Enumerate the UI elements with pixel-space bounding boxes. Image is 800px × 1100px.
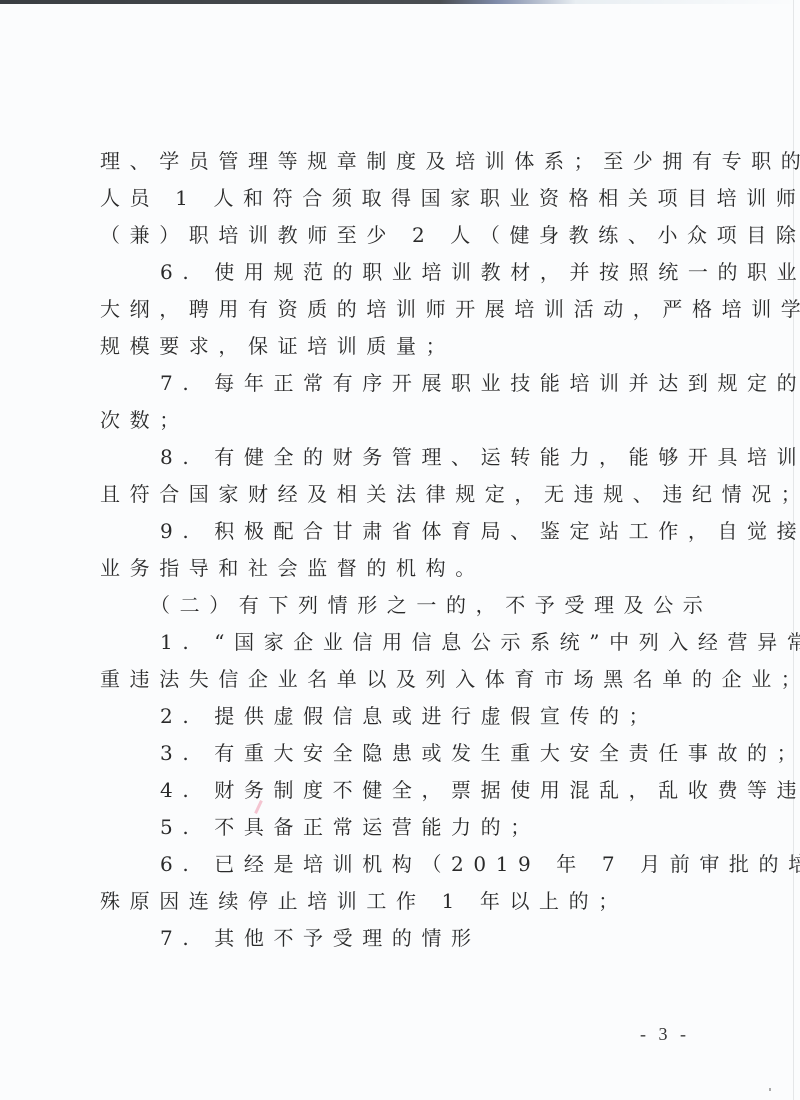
scan-edge bbox=[0, 0, 800, 4]
exclusion-item-4: 4. 财务制度不健全，票据使用混乱，乱收费等违规现象的； bbox=[100, 772, 680, 809]
list-item-8: 8. 有健全的财务管理、运转能力，能够开具培训项目发票， bbox=[100, 439, 680, 476]
text-line: 次数； bbox=[100, 402, 680, 439]
text-line: 业务指导和社会监督的机构。 bbox=[100, 550, 680, 587]
page-number: - 3 - bbox=[640, 1024, 690, 1045]
list-item-9: 9. 积极配合甘肃省体育局、鉴定站工作，自觉接受鉴定部门 bbox=[100, 513, 680, 550]
exclusion-item-3: 3. 有重大安全隐患或发生重大安全责任事故的； bbox=[100, 735, 680, 772]
text-line: 殊原因连续停止培训工作 1 年以上的； bbox=[100, 883, 680, 920]
exclusion-item-1: 1. “国家企业信用信息公示系统”中列入经营异常名录、严 bbox=[100, 624, 680, 661]
section-heading: （二）有下列情形之一的，不予受理及公示 bbox=[100, 587, 680, 624]
text-line: 理、学员管理等规章制度及培训体系；至少拥有专职的培训管理 bbox=[100, 143, 680, 180]
text-line: 人员 1 人和符合须取得国家职业资格相关项目培训师资质的专 bbox=[100, 180, 680, 217]
text-line: 且符合国家财经及相关法律规定，无违规、违纪情况； bbox=[100, 476, 680, 513]
text-line: 重违法失信企业名单以及列入体育市场黑名单的企业； bbox=[100, 661, 680, 698]
exclusion-item-5: 5. 不具备正常运营能力的； bbox=[100, 809, 680, 846]
exclusion-item-7: 7. 其他不予受理的情形 bbox=[100, 920, 680, 957]
text-line: 规模要求，保证培训质量； bbox=[100, 328, 680, 365]
text-line: （兼）职培训教师至少 2 人（健身教练、小众项目除外）； bbox=[100, 217, 680, 254]
list-item-6: 6. 使用规范的职业培训教材，并按照统一的职业标准，培训 bbox=[100, 254, 680, 291]
list-item-7: 7. 每年正常有序开展职业技能培训并达到规定的鉴定量或 bbox=[100, 365, 680, 402]
document-body: 理、学员管理等规章制度及培训体系；至少拥有专职的培训管理 人员 1 人和符合须取… bbox=[100, 143, 680, 957]
exclusion-item-6: 6. 已经是培训机构（2019 年 7 月前审批的培训基地），无特 bbox=[100, 846, 680, 883]
text-line: 大纲，聘用有资质的培训师开展培训活动，严格培训学时和培训 bbox=[100, 291, 680, 328]
scan-speck bbox=[769, 1088, 771, 1091]
exclusion-item-2: 2. 提供虚假信息或进行虚假宣传的； bbox=[100, 698, 680, 735]
